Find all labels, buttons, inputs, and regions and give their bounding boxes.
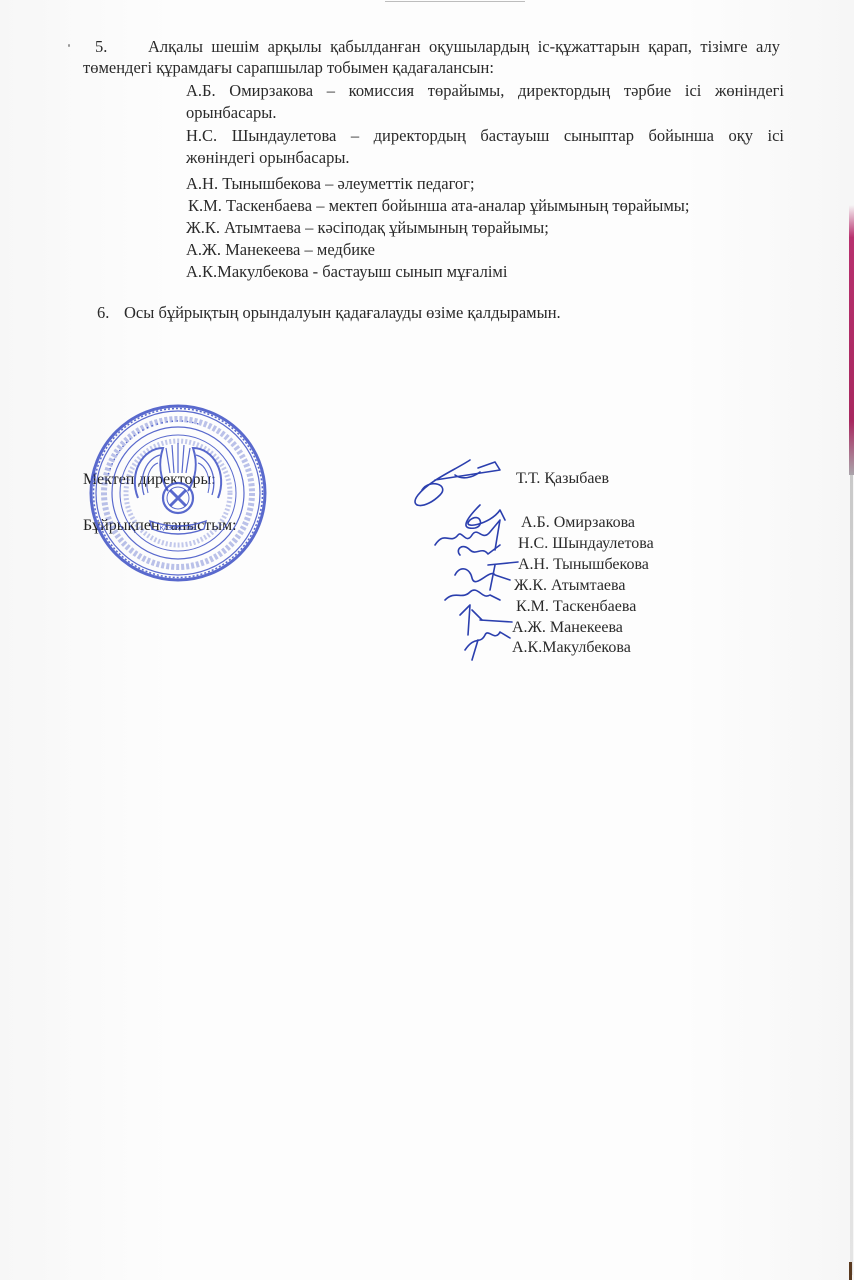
top-rule <box>385 1 525 2</box>
director-name: Т.Т. Қазыбаев <box>516 470 609 488</box>
item-5-number: 5. <box>95 36 107 58</box>
member-item: А.К.Макулбекова - бастауыш сынып мұғалім… <box>186 261 784 283</box>
acknowledged-name: К.М. Таскенбаева <box>516 598 636 616</box>
item-5-text-line1: Алқалы шешім арқылы қабылданған оқушылар… <box>120 36 780 58</box>
page-edge-bottom <box>849 1262 852 1280</box>
member-role: К.М. Таскенбаева – мектеп бойынша ата-ан… <box>188 196 689 215</box>
item-6-number: 6. <box>97 302 109 324</box>
member-role: Ж.К. Атымтаева – кәсіподақ ұйымының төра… <box>186 218 549 237</box>
member-item: Н.С. Шындаулетова – директордың бастауыш… <box>186 125 784 169</box>
member-item: А.Н. Тынышбекова – әлеуметтік педагог; <box>186 173 784 195</box>
member-role: А.Б. Омирзакова – комиссия төрайымы, дир… <box>186 80 784 102</box>
page-edge-pink <box>849 205 854 475</box>
member-role-cont: орынбасары. <box>186 103 276 122</box>
item-6-text: Осы бұйрықтың орындалуын қадағалауды өзі… <box>124 302 561 324</box>
member-item: А.Б. Омирзакова – комиссия төрайымы, дир… <box>186 80 784 124</box>
page-edge-gray <box>850 475 853 1275</box>
member-role: А.Н. Тынышбекова – әлеуметтік педагог; <box>186 174 475 193</box>
member-role: А.К.Макулбекова - бастауыш сынып мұғалім… <box>186 262 507 281</box>
member-item: А.Ж. Манекеева – медбике <box>186 239 784 261</box>
member-role-cont: жөніндегі орынбасары. <box>186 148 350 167</box>
acknowledged-name: Ж.К. Атымтаева <box>514 577 625 595</box>
acknowledged-name: А.Ж. Манекеева <box>512 619 623 637</box>
svg-text:ҚАЗАҚСТАН: ҚАЗАҚСТАН <box>159 525 196 532</box>
acknowledged-name: А.К.Макулбекова <box>512 639 631 657</box>
acknowledged-name: Н.С. Шындаулетова <box>518 535 654 553</box>
acknowledged-name: А.Б. Омирзакова <box>521 514 635 532</box>
item-5-text-line2: төмендегі құрамдағы сарапшылар тобымен қ… <box>83 57 494 79</box>
official-seal-icon: ҚАЗАҚСТАН • • • • • • • • • • • • • • • … <box>88 403 268 583</box>
scan-speck <box>68 44 70 47</box>
member-item: К.М. Таскенбаева – мектеп бойынша ата-ан… <box>188 195 786 217</box>
acknowledged-name: А.Н. Тынышбекова <box>518 556 649 574</box>
member-role: А.Ж. Манекеева – медбике <box>186 240 375 259</box>
member-role: Н.С. Шындаулетова – директордың бастауыш… <box>186 125 784 147</box>
document-page: 5. Алқалы шешім арқылы қабылданған оқушы… <box>0 0 854 1280</box>
member-item: Ж.К. Атымтаева – кәсіподақ ұйымының төра… <box>186 217 784 239</box>
